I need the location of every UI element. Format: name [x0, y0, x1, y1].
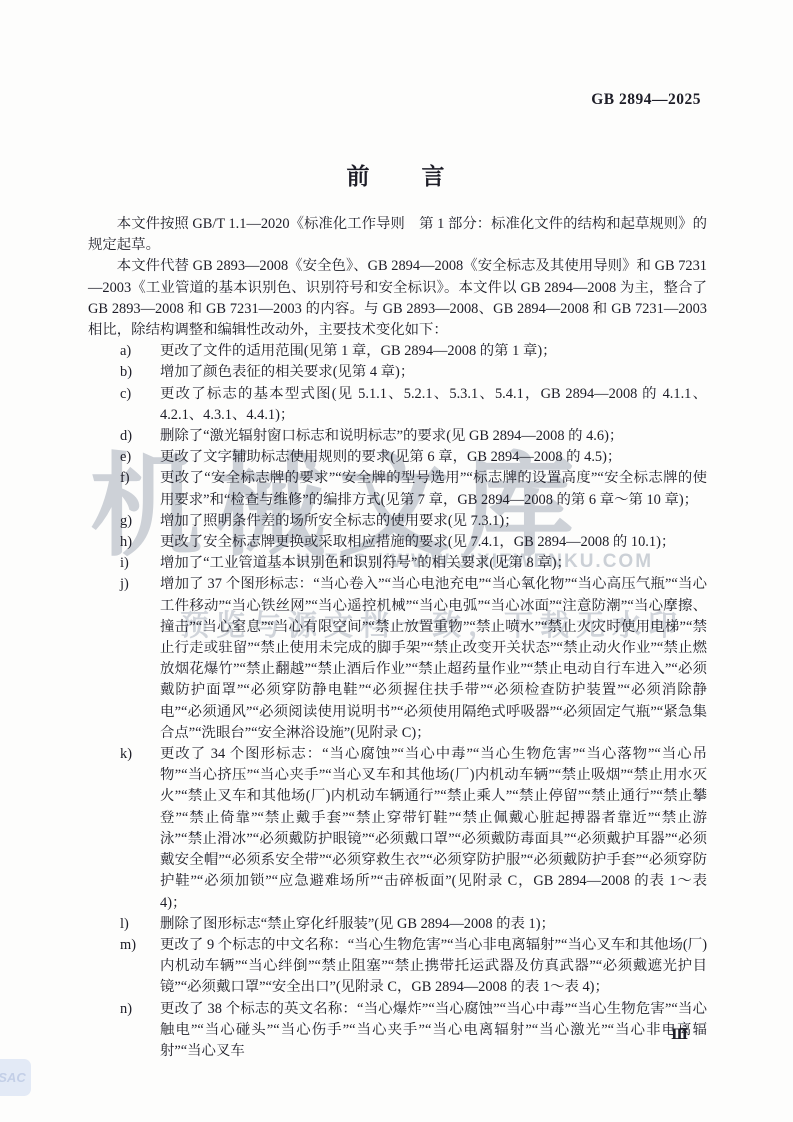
item-text: 更改了 34 个图形标志：“当心腐蚀”“当心中毒”“当心生物危害”“当心落物”“… — [160, 746, 707, 910]
item-text: 更改了文字辅助标志使用规则的要求(见第 6 章，GB 2894—2008 的 4… — [160, 449, 621, 465]
item-text: 删除了“激光辐射窗口标志和说明标志”的要求(见 GB 2894—2008 的 4… — [160, 428, 623, 444]
change-item-i: i) 增加了“工业管道基本识别色和识别符号”的相关要求(见第 8 章)； — [88, 553, 707, 574]
item-text: 更改了 9 个标志的中文名称：“当心生物危害”“当心非电离辐射”“当心叉车和其他… — [160, 937, 707, 995]
item-label: e) — [120, 447, 131, 468]
change-item-e: e) 更改了文字辅助标志使用规则的要求(见第 6 章，GB 2894—2008 … — [88, 447, 707, 468]
change-item-k: k) 更改了 34 个图形标志：“当心腐蚀”“当心中毒”“当心生物危害”“当心落… — [88, 744, 707, 914]
item-text: 增加了颜色表征的相关要求(见第 4 章)； — [160, 364, 414, 380]
item-text: 更改了文件的适用范围(见第 1 章，GB 2894—2008 的第 1 章)； — [160, 343, 557, 359]
item-text: 更改了标志的基本型式图(见 5.1.1、5.2.1、5.3.1、5.4.1，GB… — [160, 386, 707, 423]
standard-number: GB 2894—2025 — [591, 91, 701, 109]
change-item-g: g) 增加了照明条件差的场所安全标志的使用要求(见 7.3.1)； — [88, 511, 707, 532]
item-label: a) — [120, 341, 131, 362]
item-label: n) — [120, 999, 132, 1020]
item-label: i) — [120, 553, 129, 574]
item-text: 更改了 38 个标志的英文名称：“当心爆炸”“当心腐蚀”“当心中毒”“当心生物危… — [160, 1001, 707, 1059]
document-body: 本文件按照 GB/T 1.1—2020《标准化工作导则 第 1 部分：标准化文件… — [88, 214, 707, 1062]
paragraph-drafting-basis: 本文件按照 GB/T 1.1—2020《标准化工作导则 第 1 部分：标准化文件… — [88, 214, 707, 256]
item-label: f) — [120, 468, 130, 489]
change-item-j: j) 增加了 37 个图形标志：“当心卷入”“当心电池充电”“当心氧化物”“当心… — [88, 574, 707, 744]
change-item-d: d) 删除了“激光辐射窗口标志和说明标志”的要求(见 GB 2894—2008 … — [88, 426, 707, 447]
item-label: l) — [120, 914, 129, 935]
item-text: 更改了安全标志牌更换或采取相应措施的要求(见 7.4.1，GB 2894—200… — [160, 534, 675, 550]
item-label: g) — [120, 511, 132, 532]
document-page: 机械文库 HTTPS://WWW.JIXIEWENKU.COM 预览与源文档一致… — [0, 0, 793, 1122]
change-item-b: b) 增加了颜色表征的相关要求(见第 4 章)； — [88, 362, 707, 383]
item-text: 增加了 37 个图形标志：“当心卷入”“当心电池充电”“当心氧化物”“当心高压气… — [160, 576, 707, 740]
item-label: k) — [120, 744, 132, 765]
change-item-a: a) 更改了文件的适用范围(见第 1 章，GB 2894—2008 的第 1 章… — [88, 341, 707, 362]
paragraph-replacement-statement: 本文件代替 GB 2893—2008《安全色》、GB 2894—2008《安全标… — [88, 256, 707, 341]
item-text: 删除了图形标志“禁止穿化纤服装”(见 GB 2894—2008 的表 1)； — [160, 916, 555, 932]
page-title: 前 言 — [0, 158, 793, 191]
change-item-m: m) 更改了 9 个标志的中文名称：“当心生物危害”“当心非电离辐射”“当心叉车… — [88, 935, 707, 999]
page-number: Ⅲ — [671, 1027, 688, 1044]
item-label: m) — [120, 935, 136, 956]
item-label: h) — [120, 532, 132, 553]
item-text: 增加了“工业管道基本识别色和识别符号”的相关要求(见第 8 章)； — [160, 555, 571, 571]
sac-logo: SAC — [0, 1059, 31, 1096]
change-item-h: h) 更改了安全标志牌更换或采取相应措施的要求(见 7.4.1，GB 2894—… — [88, 532, 707, 553]
item-label: d) — [120, 426, 132, 447]
item-label: c) — [120, 384, 131, 405]
change-item-c: c) 更改了标志的基本型式图(见 5.1.1、5.2.1、5.3.1、5.4.1… — [88, 384, 707, 426]
item-label: b) — [120, 362, 132, 383]
item-text: 增加了照明条件差的场所安全标志的使用要求(见 7.3.1)； — [160, 513, 519, 529]
item-text: 更改了“安全标志牌的要求”“安全牌的型号选用”“标志牌的设置高度”“安全标志牌的… — [160, 470, 707, 507]
change-item-l: l) 删除了图形标志“禁止穿化纤服装”(见 GB 2894—2008 的表 1)… — [88, 914, 707, 935]
change-item-n: n) 更改了 38 个标志的英文名称：“当心爆炸”“当心腐蚀”“当心中毒”“当心… — [88, 999, 707, 1063]
change-item-f: f) 更改了“安全标志牌的要求”“安全牌的型号选用”“标志牌的设置高度”“安全标… — [88, 468, 707, 510]
item-label: j) — [120, 574, 129, 595]
